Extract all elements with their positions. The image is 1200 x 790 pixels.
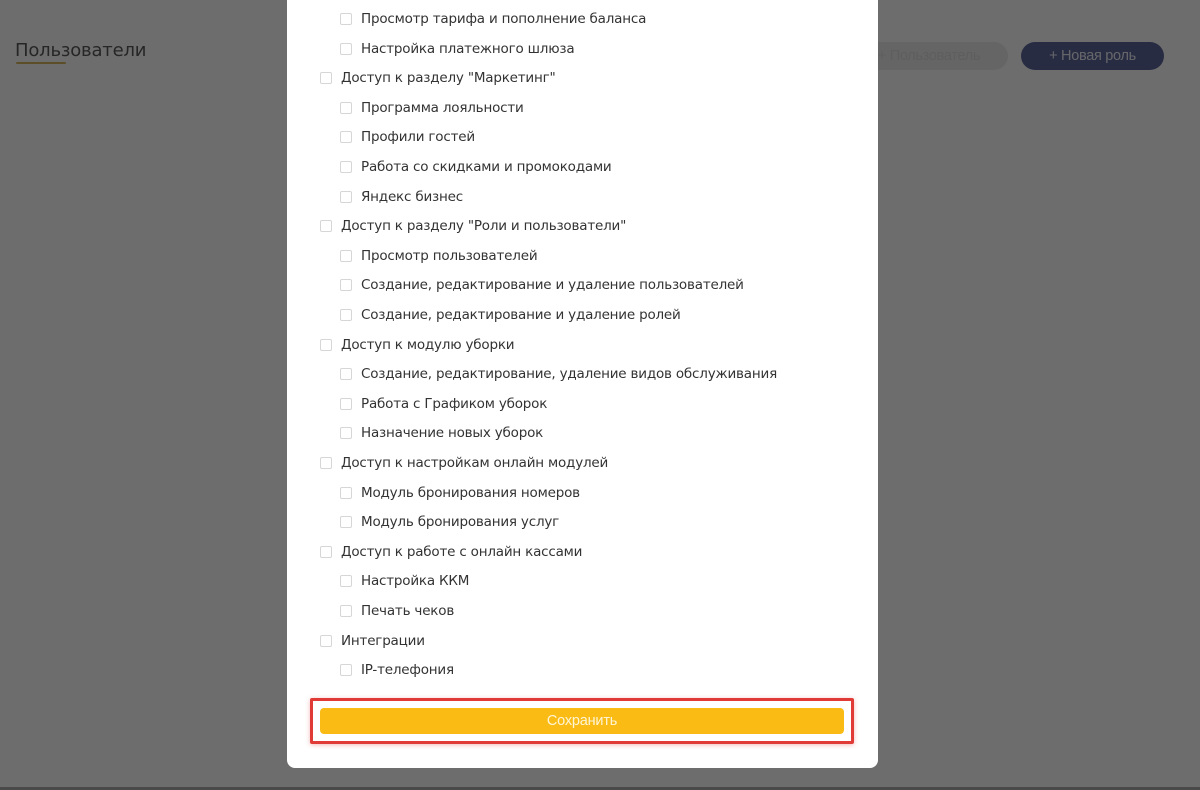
- permission-item[interactable]: Настройка платежного шлюза: [340, 39, 574, 59]
- checkbox[interactable]: [340, 13, 352, 25]
- checkbox[interactable]: [340, 664, 352, 676]
- checkbox[interactable]: [340, 43, 352, 55]
- permission-item[interactable]: Создание, редактирование и удаление роле…: [340, 305, 681, 325]
- role-permissions-modal: Просмотр тарифа и пополнение балансаНаст…: [287, 0, 878, 768]
- permission-group[interactable]: Доступ к работе с онлайн кассами: [320, 542, 582, 562]
- permission-label: Доступ к модулю уборки: [341, 337, 514, 353]
- permission-label: Просмотр пользователей: [361, 248, 537, 264]
- permission-item[interactable]: Профили гостей: [340, 127, 475, 147]
- permission-label: Модуль бронирования услуг: [361, 514, 559, 530]
- permission-item[interactable]: Создание, редактирование, удаление видов…: [340, 364, 777, 384]
- permission-label: Создание, редактирование и удаление роле…: [361, 307, 681, 323]
- checkbox[interactable]: [340, 191, 352, 203]
- permission-label: Работа со скидками и промокодами: [361, 159, 612, 175]
- checkbox[interactable]: [340, 575, 352, 587]
- permission-item[interactable]: Работа со скидками и промокодами: [340, 157, 612, 177]
- permission-label: Доступ к разделу "Роли и пользователи": [341, 218, 626, 234]
- permission-label: Работа с Графиком уборок: [361, 396, 547, 412]
- checkbox[interactable]: [340, 487, 352, 499]
- permission-label: Доступ к работе с онлайн кассами: [341, 544, 582, 560]
- permission-label: Просмотр тарифа и пополнение баланса: [361, 11, 646, 27]
- permission-item[interactable]: Яндекс бизнес: [340, 187, 463, 207]
- checkbox[interactable]: [340, 279, 352, 291]
- checkbox[interactable]: [320, 457, 332, 469]
- permission-group[interactable]: Доступ к разделу "Маркетинг": [320, 68, 556, 88]
- checkbox[interactable]: [320, 546, 332, 558]
- permission-item[interactable]: Модуль бронирования номеров: [340, 483, 580, 503]
- permission-label: Печать чеков: [361, 603, 454, 619]
- permission-group[interactable]: Доступ к модулю уборки: [320, 335, 514, 355]
- permission-item[interactable]: Модуль бронирования услуг: [340, 512, 559, 532]
- permission-label: IP-телефония: [361, 662, 454, 678]
- checkbox[interactable]: [320, 635, 332, 647]
- checkbox[interactable]: [320, 339, 332, 351]
- checkbox[interactable]: [340, 250, 352, 262]
- checkbox[interactable]: [340, 368, 352, 380]
- permission-group[interactable]: Интеграции: [320, 631, 425, 651]
- checkbox[interactable]: [340, 131, 352, 143]
- permission-label: Модуль бронирования номеров: [361, 485, 580, 501]
- permission-item[interactable]: Работа с Графиком уборок: [340, 394, 547, 414]
- permission-group[interactable]: Доступ к разделу "Роли и пользователи": [320, 216, 626, 236]
- permission-item[interactable]: IP-телефония: [340, 660, 454, 680]
- checkbox[interactable]: [340, 427, 352, 439]
- permission-item[interactable]: Назначение новых уборок: [340, 423, 543, 443]
- checkbox[interactable]: [340, 605, 352, 617]
- permission-group[interactable]: Доступ к настройкам онлайн модулей: [320, 453, 608, 473]
- checkbox[interactable]: [340, 102, 352, 114]
- permission-label: Доступ к разделу "Маркетинг": [341, 70, 556, 86]
- permission-label: Создание, редактирование и удаление поль…: [361, 277, 744, 293]
- checkbox[interactable]: [320, 220, 332, 232]
- permission-label: Программа лояльности: [361, 100, 524, 116]
- permission-item[interactable]: Создание, редактирование и удаление поль…: [340, 275, 744, 295]
- permission-item[interactable]: Просмотр тарифа и пополнение баланса: [340, 9, 646, 29]
- permission-item[interactable]: Просмотр пользователей: [340, 246, 537, 266]
- checkbox[interactable]: [340, 398, 352, 410]
- permission-label: Профили гостей: [361, 129, 475, 145]
- permission-item[interactable]: Настройка ККМ: [340, 571, 469, 591]
- permission-label: Яндекс бизнес: [361, 189, 463, 205]
- permission-label: Настройка ККМ: [361, 573, 469, 589]
- permission-label: Доступ к настройкам онлайн модулей: [341, 455, 608, 471]
- checkbox[interactable]: [340, 309, 352, 321]
- permission-label: Настройка платежного шлюза: [361, 41, 574, 57]
- permission-item[interactable]: Печать чеков: [340, 601, 454, 621]
- checkbox[interactable]: [340, 161, 352, 173]
- permission-label: Назначение новых уборок: [361, 425, 543, 441]
- permission-label: Создание, редактирование, удаление видов…: [361, 366, 777, 382]
- permission-label: Интеграции: [341, 633, 425, 649]
- permission-item[interactable]: Программа лояльности: [340, 98, 524, 118]
- save-button[interactable]: Сохранить: [320, 708, 844, 734]
- checkbox[interactable]: [320, 72, 332, 84]
- checkbox[interactable]: [340, 516, 352, 528]
